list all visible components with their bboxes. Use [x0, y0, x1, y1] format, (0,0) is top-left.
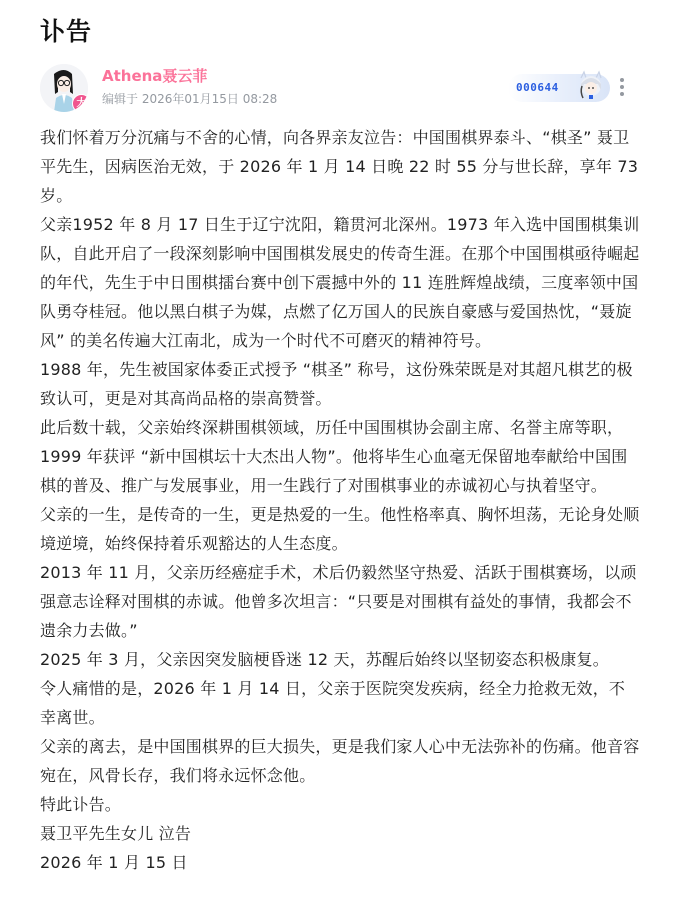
paragraph: 此后数十载，父亲始终深耕围棋领域，历任中国围棋协会副主席、名誉主席等职，1999…: [40, 413, 640, 500]
fan-badge-figure-icon: [574, 70, 608, 104]
author-header: 大 Athena聂云菲 编辑于 2026年01月15日 08:28 000644: [40, 64, 644, 116]
edit-timestamp: 编辑于 2026年01月15日 08:28: [102, 91, 277, 107]
fan-badge-number: 000644: [516, 80, 559, 96]
fan-badge[interactable]: 000644: [508, 74, 610, 102]
article-body: 我们怀着万分沉痛与不舍的心情，向各界亲友泣告：中国围棋界泰斗、“棋圣” 聂卫平先…: [40, 123, 640, 877]
paragraph: 2025 年 3 月，父亲因突发脑梗昏迷 12 天，苏醒后始终以坚韧姿态积极康复…: [40, 645, 640, 674]
paragraph: 我们怀着万分沉痛与不舍的心情，向各界亲友泣告：中国围棋界泰斗、“棋圣” 聂卫平先…: [40, 123, 640, 210]
article-title: 讣告: [40, 14, 92, 50]
signature: 聂卫平先生女儿 泣告: [40, 819, 640, 848]
signature-date: 2026 年 1 月 15 日: [40, 848, 640, 877]
paragraph: 2013 年 11 月，父亲历经癌症手术，术后仍毅然坚守热爱、活跃于围棋赛场，以…: [40, 558, 640, 645]
paragraph: 1988 年，先生被国家体委正式授予 “棋圣” 称号，这份殊荣既是对其超凡棋艺的…: [40, 355, 640, 413]
more-vertical-icon: [616, 78, 628, 96]
paragraph: 父亲的一生，是传奇的一生，更是热爱的一生。他性格率真、胸怀坦荡，无论身处顺境逆境…: [40, 500, 640, 558]
closing-line: 特此讣告。: [40, 790, 640, 819]
more-options-button[interactable]: [616, 76, 628, 100]
avatar-level-badge: 大: [72, 94, 88, 112]
paragraph: 父亲的离去，是中国围棋界的巨大损失，更是我们家人心中无法弥补的伤痛。他音容宛在，…: [40, 732, 640, 790]
avatar[interactable]: 大: [40, 64, 88, 112]
paragraph: 令人痛惜的是，2026 年 1 月 14 日，父亲于医院突发疾病，经全力抢救无效…: [40, 674, 640, 732]
author-name[interactable]: Athena聂云菲: [102, 66, 207, 86]
paragraph: 父亲1952 年 8 月 17 日生于辽宁沈阳，籍贯河北深州。1973 年入选中…: [40, 210, 640, 355]
